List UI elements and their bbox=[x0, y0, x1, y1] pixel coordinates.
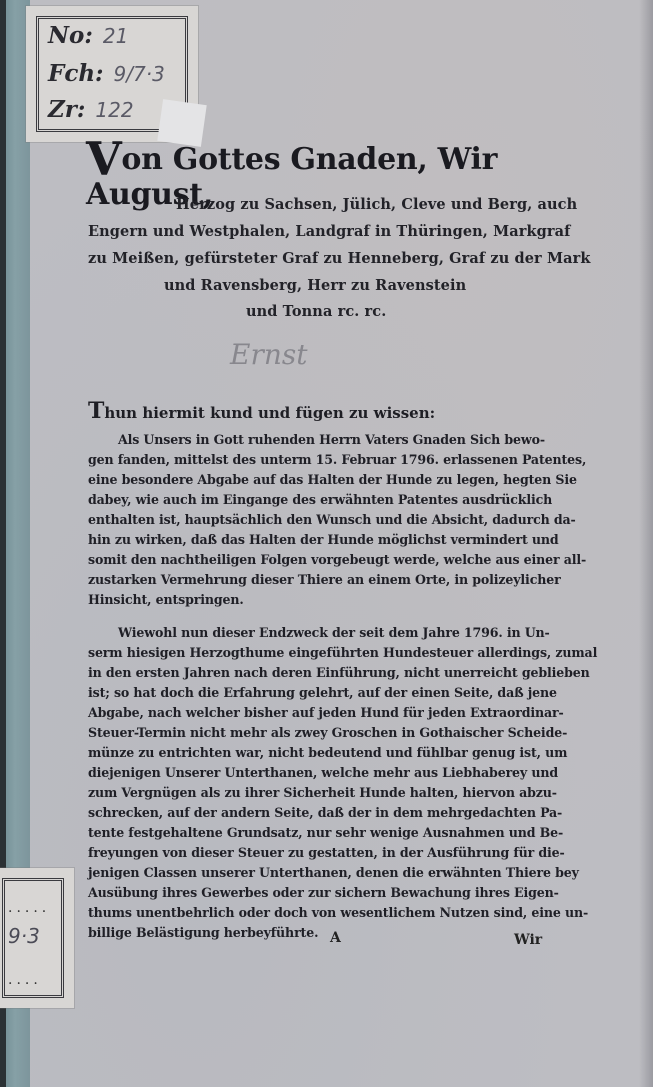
label-dots: ···· bbox=[8, 976, 42, 992]
text-line: Abgabe, nach welcher bisher auf jeden Hu… bbox=[88, 705, 564, 720]
intro-line: Thun hiermit kund und fügen zu wissen: bbox=[88, 398, 435, 424]
text-line: eine besondere Abgabe auf das Halten der… bbox=[88, 472, 577, 487]
text-line: Wiewohl nun dieser Endzweck der seit dem… bbox=[118, 625, 550, 640]
text-line: Als Unsers in Gott ruhenden Herrn Vaters… bbox=[118, 432, 545, 447]
text-line: somit den nachtheiligen Folgen vorgebeug… bbox=[88, 552, 586, 567]
text-line: jenigen Classen unserer Unterthanen, den… bbox=[88, 865, 579, 880]
text-line: ist; so hat doch die Erfahrung gelehrt, … bbox=[88, 685, 557, 700]
text-line: thums unentbehrlich oder doch von wesent… bbox=[88, 905, 588, 920]
label-key: Zr: bbox=[48, 96, 85, 123]
label-value: 21 bbox=[103, 24, 128, 48]
text-line: zustarken Vermehrung dieser Thiere an ei… bbox=[88, 572, 561, 587]
text-line: schrecken, auf der andern Seite, daß der… bbox=[88, 805, 562, 820]
text-line: Hinsicht, entspringen. bbox=[88, 592, 244, 607]
text-line: dabey, wie auch im Eingange des erwähnte… bbox=[88, 492, 552, 507]
text-line: tente festgehaltene Grundsatz, nur sehr … bbox=[88, 825, 563, 840]
text-line: Steuer-Termin nicht mehr als zwey Grosch… bbox=[88, 725, 567, 740]
text-line: gen fanden, mittelst des unterm 15. Febr… bbox=[88, 452, 586, 467]
label-dots: ····· bbox=[8, 904, 50, 920]
label-value: 122 bbox=[95, 98, 133, 122]
text-line: billige Belästigung herbeyführte. bbox=[88, 925, 318, 940]
text-line: münze zu entrichten war, nicht bedeutend… bbox=[88, 745, 567, 760]
label-key: Fch: bbox=[48, 60, 104, 87]
text-line: hin zu wirken, daß das Halten der Hunde … bbox=[88, 532, 559, 547]
title-line: Engern und Westphalen, Landgraf in Thüri… bbox=[88, 223, 570, 240]
title-line: zu Meißen, gefürsteter Graf zu Henneberg… bbox=[88, 250, 590, 267]
label-row-fch: Fch:9/7·3 bbox=[48, 60, 165, 87]
title-line: und Tonna rc. rc. bbox=[246, 303, 386, 320]
label-row-zr: Zr:122 bbox=[48, 96, 134, 123]
handwritten-signature: Ernst bbox=[230, 338, 307, 371]
archive-label-bottom: ····· 9·3 ···· bbox=[0, 868, 74, 1008]
page-edge-shadow bbox=[639, 0, 653, 1087]
title-line: Herzog zu Sachsen, Jülich, Cleve und Ber… bbox=[176, 196, 577, 213]
label-key: No: bbox=[48, 22, 93, 49]
text-line: enthalten ist, hauptsächlich den Wunsch … bbox=[88, 512, 576, 527]
text-line: Ausübung ihres Gewerbes oder zur sichern… bbox=[88, 885, 559, 900]
text-line: in den ersten Jahren nach deren Einführu… bbox=[88, 665, 590, 680]
label-value: 9·3 bbox=[8, 924, 40, 948]
signature-mark: A bbox=[330, 930, 341, 946]
label-value: 9/7·3 bbox=[114, 62, 165, 86]
text-line: zum Vergnügen als zu ihrer Sicherheit Hu… bbox=[88, 785, 557, 800]
intro-text: hun hiermit kund und fügen zu wissen: bbox=[104, 404, 435, 422]
catchword: Wir bbox=[514, 932, 542, 948]
title-line: und Ravensberg, Herr zu Ravenstein bbox=[164, 277, 466, 294]
label-row-number: No:21 bbox=[48, 22, 128, 49]
text-line: freyungen von dieser Steuer zu gestatten… bbox=[88, 845, 565, 860]
intro-initial: T bbox=[88, 398, 104, 424]
torn-paper-corner bbox=[157, 99, 206, 147]
text-line: serm hiesigen Herzogthume eingeführten H… bbox=[88, 645, 597, 660]
text-line: diejenigen Unserer Unterthanen, welche m… bbox=[88, 765, 558, 780]
document-page: No:21 Fch:9/7·3 Zr:122 ····· 9·3 ···· Vo… bbox=[0, 0, 653, 1087]
